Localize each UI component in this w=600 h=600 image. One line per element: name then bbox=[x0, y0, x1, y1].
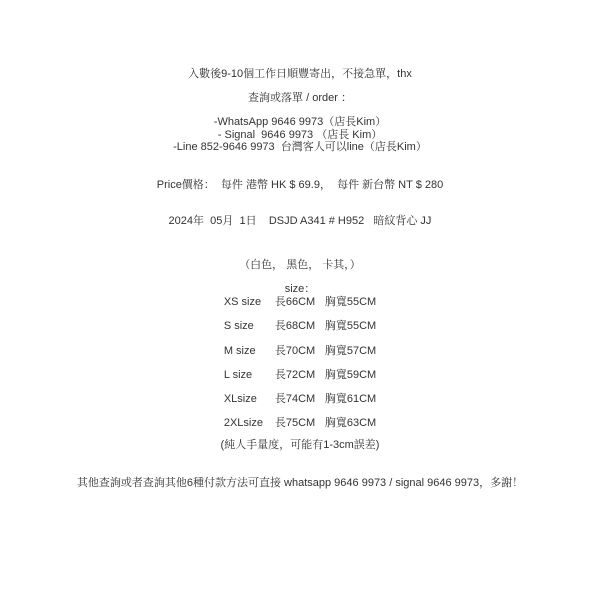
size-cell-chest: 胸寬59CM bbox=[325, 369, 376, 393]
size-cell-chest: 胸寬55CM bbox=[325, 296, 376, 320]
size-cell-label: L size bbox=[224, 369, 275, 393]
size-cell-chest: 胸寬57CM bbox=[325, 345, 376, 369]
size-cell-label: XLsize bbox=[224, 393, 275, 417]
size-row-s: S size 長68CM 胸寬55CM bbox=[224, 320, 376, 344]
product-code-line: 2024年 05月 1日 DSJD A341 # H952 暗紋背心 JJ bbox=[0, 215, 600, 227]
color-options: （白色， 黑色， 卡其，） bbox=[0, 259, 600, 271]
size-cell-label: S size bbox=[224, 320, 275, 344]
product-listing-page: 入數後9-10個工作日順豐寄出，不接急單，thx 查詢或落單 / order ：… bbox=[0, 0, 600, 600]
size-cell-length: 長74CM bbox=[275, 393, 325, 417]
size-cell-chest: 胸寬55CM bbox=[325, 320, 376, 344]
size-row-l: L size 長72CM 胸寬59CM bbox=[224, 369, 376, 393]
size-cell-length: 長66CM bbox=[275, 296, 325, 320]
size-cell-length: 長68CM bbox=[275, 320, 325, 344]
size-heading: size： bbox=[0, 283, 600, 295]
size-cell-length: 長70CM bbox=[275, 345, 325, 369]
size-cell-label: M size bbox=[224, 345, 275, 369]
price-line: Price價格： 每件 港幣 HK $ 69.9， 每件 新台幣 NT $ 28… bbox=[0, 179, 600, 191]
footer-payment-note: 其他查詢或者查詢其他6種付款方法可直接 whatsapp 9646 9973 /… bbox=[0, 477, 600, 489]
size-cell-chest: 胸寬61CM bbox=[325, 393, 376, 417]
shipping-note: 入數後9-10個工作日順豐寄出，不接急單，thx bbox=[0, 68, 600, 80]
size-table: XS size 長66CM 胸寬55CM S size 長68CM 胸寬55CM… bbox=[0, 296, 600, 442]
contact-whatsapp: -WhatsApp 9646 9973（店長Kim） bbox=[0, 116, 600, 128]
measurement-note: (純人手量度，可能有1-3cm誤差) bbox=[0, 439, 600, 451]
contact-signal: - Signal 9646 9973 （店長 Kim） bbox=[0, 129, 600, 141]
size-cell-label: XS size bbox=[224, 296, 275, 320]
contact-line: -Line 852-9646 9973 台灣客人可以line（店長Kim） bbox=[0, 141, 600, 153]
size-row-m: M size 長70CM 胸寬57CM bbox=[224, 345, 376, 369]
order-heading: 查詢或落單 / order ： bbox=[0, 92, 600, 104]
size-cell-length: 長72CM bbox=[275, 369, 325, 393]
size-row-xl: XLsize 長74CM 胸寬61CM bbox=[224, 393, 376, 417]
size-row-xs: XS size 長66CM 胸寬55CM bbox=[224, 296, 376, 320]
